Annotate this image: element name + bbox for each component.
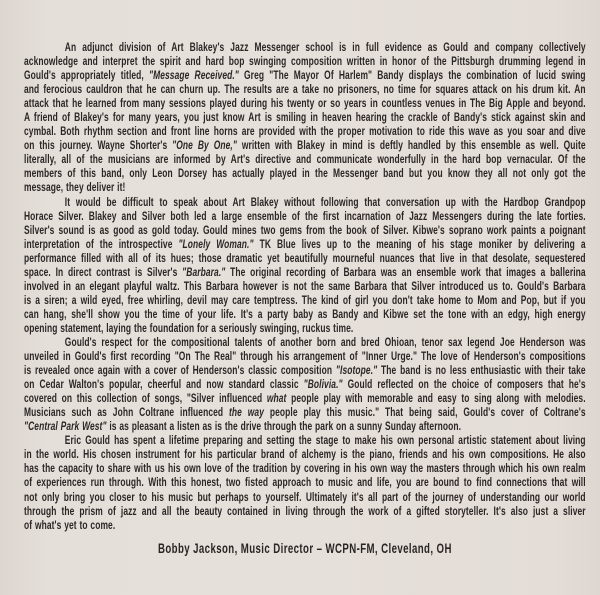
body-text: A friend of Blakey's for many years, you… (24, 110, 586, 124)
text-line: Silver's sound is as good as gold today.… (24, 223, 586, 237)
body-text: An adjunct division of Art Blakey's Jazz… (65, 40, 586, 54)
body-text: not only bring you closer to his music b… (24, 490, 586, 504)
body-text: involved in an elegant playful waltz. Th… (24, 279, 586, 293)
text-line: of experiences run through. With this ho… (24, 475, 586, 489)
body-text: of what's yet to come. (24, 518, 115, 532)
text-line: acknowledge and interpret the spirit and… (24, 54, 586, 68)
body-text: covered on this collection of songs, "Si… (24, 391, 267, 405)
text-line: on Cedar Walton's popular, cheerful and … (24, 377, 586, 391)
signature-credit: Bobby Jackson, Music Director – WCPN-FM,… (158, 541, 446, 557)
body-text: Gould's respect for the compositional ta… (65, 335, 586, 349)
body-text: is revealed once again with a cover of H… (24, 363, 336, 377)
italic-title-text: the way (229, 405, 264, 419)
text-line: can hang, she'll show you the time of yo… (24, 307, 586, 321)
body-text: opening statement, laying the foundation… (24, 321, 353, 335)
text-line: literally, all of the musicians are info… (24, 152, 586, 166)
text-line: An adjunct division of Art Blakey's Jazz… (24, 40, 586, 54)
body-text: written with Blakey in mind is deftly ha… (237, 138, 586, 152)
text-line: is revealed once again with a cover of H… (24, 363, 586, 377)
body-text: message, they deliver it! (24, 180, 125, 194)
text-line: of what's yet to come. (24, 518, 586, 532)
body-text: Eric Gould has spent a lifetime preparin… (65, 433, 586, 447)
text-line: "Central Park West" is as pleasant a lis… (24, 419, 586, 433)
italic-title-text: "Barbara." (182, 265, 225, 279)
body-text: literally, all of the musicians are info… (24, 152, 586, 166)
text-line: A friend of Blakey's for many years, you… (24, 110, 586, 124)
text-line: Musicians such as John Coltrane influenc… (24, 405, 586, 419)
body-text: Horace Silver. Blakey and Silver both le… (24, 209, 586, 223)
body-text: Gould reflected on the choice of compose… (343, 377, 586, 391)
italic-title-text: what (267, 391, 287, 405)
text-line: members of this band, only Leon Dorsey h… (24, 166, 586, 180)
body-text: members of this band, only Leon Dorsey h… (24, 166, 586, 180)
text-line: interpretation of the introspective "Lon… (24, 237, 586, 251)
body-text: space. In direct contrast is Silver's (24, 265, 182, 279)
body-text: It would be difficult to speak about Art… (65, 195, 586, 209)
text-line: on this journey. Wayne Shorter's "One By… (24, 138, 586, 152)
body-text: The band is no less enthusiastic with th… (377, 363, 585, 377)
body-text: cymbal. Both rhythm section and front li… (24, 124, 586, 138)
text-line: in the world. His chosen instrument for … (24, 447, 586, 461)
paragraph-4: Eric Gould has spent a lifetime preparin… (24, 433, 586, 531)
text-line: Horace Silver. Blakey and Silver both le… (24, 209, 586, 223)
body-text: The original recording of Barbara was an… (225, 265, 585, 279)
body-text: of experiences run through. With this ho… (24, 475, 586, 489)
italic-title-text: "Bolivia." (304, 377, 343, 391)
body-text: on Cedar Walton's popular, cheerful and … (24, 377, 304, 391)
text-line: Gould's respect for the compositional ta… (24, 335, 586, 349)
text-line: unveiled in Gould's first recording "On … (24, 349, 586, 363)
body-text: unveiled in Gould's first recording "On … (24, 349, 586, 363)
body-text: Silver's sound is as good as gold today.… (24, 223, 586, 237)
paragraph-2: It would be difficult to speak about Art… (24, 195, 586, 335)
body-text: in the world. His chosen instrument for … (24, 447, 586, 461)
text-line: performance filled with all of its hues;… (24, 251, 586, 265)
text-line: covered on this collection of songs, "Si… (24, 391, 586, 405)
text-line: attack that he learned from many session… (24, 96, 586, 110)
italic-title-text: "Central Park West" (24, 419, 107, 433)
body-text: through the prism of jazz and all the be… (24, 504, 586, 518)
body-text: people play with memorable and easy to s… (286, 391, 585, 405)
italic-title-text: "Message Received." (149, 68, 239, 82)
italic-title-text: "One By One," (172, 138, 237, 152)
paragraph-3: Gould's respect for the compositional ta… (24, 335, 586, 433)
text-line: Gould's appropriately titled, "Message R… (24, 68, 586, 82)
text-line: cymbal. Both rhythm section and front li… (24, 124, 586, 138)
text-line: opening statement, laying the foundation… (24, 321, 586, 335)
body-text: attack that he learned from many session… (24, 96, 586, 110)
body-text: interpretation of the introspective (24, 237, 178, 251)
liner-notes-page: An adjunct division of Art Blakey's Jazz… (0, 0, 600, 595)
body-text: Greg "The Mayor Of Harlem" Bandy display… (239, 68, 586, 82)
text-line: message, they deliver it! (24, 180, 586, 194)
body-text: acknowledge and interpret the spirit and… (24, 54, 586, 68)
text-line: has the capacity to share with us his ow… (24, 461, 586, 475)
body-text: Gould's appropriately titled, (24, 68, 149, 82)
paragraph-1: An adjunct division of Art Blakey's Jazz… (24, 40, 586, 195)
body-text: Musicians such as John Coltrane influenc… (24, 405, 229, 419)
text-line: and ferocious cauldron that he can churn… (24, 82, 586, 96)
body-text: performance filled with all of its hues;… (24, 251, 586, 265)
body-text: can hang, she'll show you the time of yo… (24, 307, 586, 321)
body-text: on this journey. Wayne Shorter's (24, 138, 172, 152)
text-line: space. In direct contrast is Silver's "B… (24, 265, 586, 279)
liner-notes-body: An adjunct division of Art Blakey's Jazz… (24, 40, 586, 532)
body-text: and ferocious cauldron that he can churn… (24, 82, 586, 96)
body-text: people play this music." That being said… (264, 405, 586, 419)
text-line: not only bring you closer to his music b… (24, 490, 586, 504)
body-text: is as pleasant a listen as is the drive … (107, 419, 461, 433)
text-line: It would be difficult to speak about Art… (24, 195, 586, 209)
body-text: TK Blue lives up to the meaning of his s… (254, 237, 586, 251)
text-line: Eric Gould has spent a lifetime preparin… (24, 433, 586, 447)
text-line: is a siren; a wild eyed, free whirling, … (24, 293, 586, 307)
italic-title-text: "Isotope." (336, 363, 377, 377)
text-line: through the prism of jazz and all the be… (24, 504, 586, 518)
text-line: involved in an elegant playful waltz. Th… (24, 279, 586, 293)
body-text: is a siren; a wild eyed, free whirling, … (24, 293, 586, 307)
italic-title-text: "Lonely Woman." (178, 237, 253, 251)
body-text: has the capacity to share with us his ow… (24, 461, 586, 475)
